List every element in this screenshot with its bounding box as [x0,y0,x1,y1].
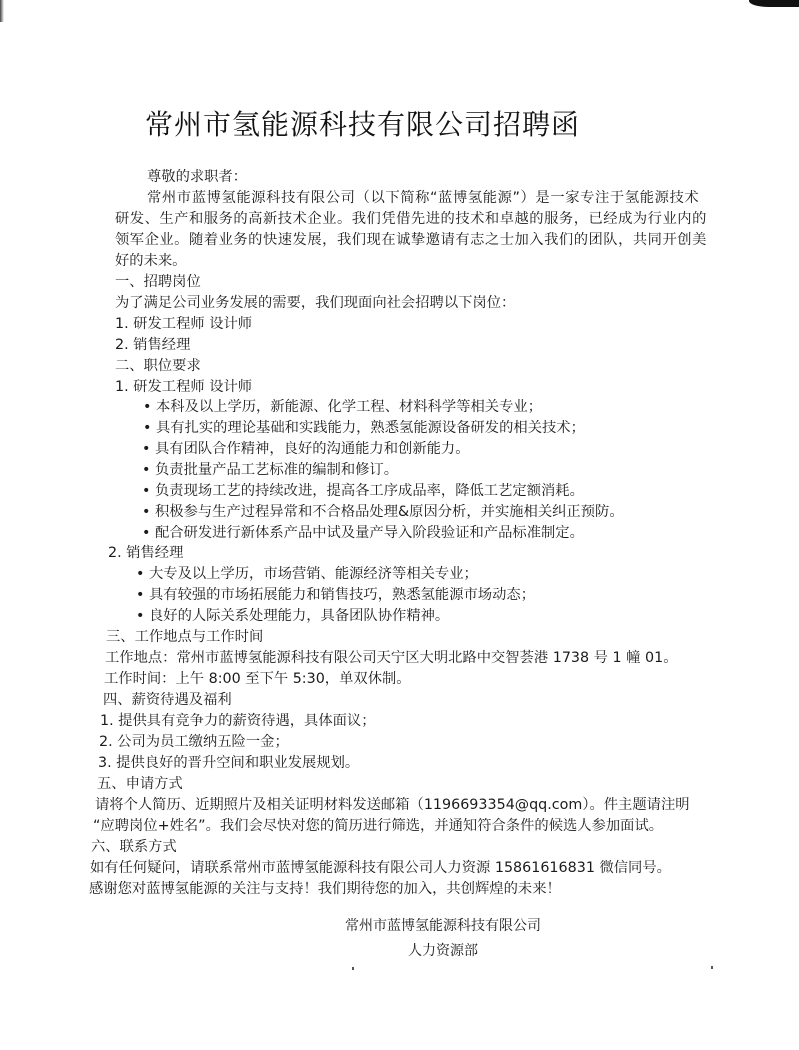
requirement-item: • 大专及以上学历，市场营销、能源经济等相关专业； [136,565,478,583]
work-hours: 工作时间：上午 8:00 至下午 5:30，单双休制。 [104,670,411,688]
section1-text: 为了满足公司业务发展的需要，我们现面向社会招聘以下岗位： [115,294,515,312]
requirement-item: • 具有团队合作精神，良好的沟通能力和创新能力。 [142,440,470,458]
closing-line: 感谢您对蓝博氢能源的关注与支持！我们期待您的加入，共创辉煌的未来！ [89,880,561,898]
scan-speck [711,966,713,969]
intro-line-2: 研发、生产和服务的高新技术企业。我们凭借先进的技术和卓越的服务，已经成为行业内的 [115,210,707,228]
position-item: 1. 研发工程师 设计师 [115,315,252,333]
intro-line-3: 领军企业。随着业务的快速发展，我们现在诚挚邀请有志之士加入我们的团队，共同开创美 [115,231,707,249]
intro-line-1: 常州市蓝博氢能源科技有限公司（以下简称“蓝博氢能源”）是一家专注于氢能源技术 [147,189,699,207]
section3-heading: 三、工作地点与工作时间 [106,628,263,646]
role2-title: 2. 销售经理 [108,544,183,562]
benefit-item: 2. 公司为员工缴纳五险一金； [99,733,289,751]
signature-department: 人力资源部 [408,940,478,960]
scan-corner-shadow [749,0,799,7]
requirement-item: • 积极参与生产过程异常和不合格品处理&原因分析，并实施相关纠正预防。 [142,503,624,521]
application-line-2: “应聘岗位+姓名”。我们会尽快对您的简历进行筛选，并通知符合条件的候选人参加面试… [93,817,663,835]
section1-heading: 一、招聘岗位 [115,273,201,291]
section2-heading: 二、职位要求 [115,357,201,375]
scan-speck [352,967,354,970]
contact-line: 如有任何疑问，请联系常州市蓝博氢能源科技有限公司人力资源 15861616831… [90,859,671,877]
requirement-item: • 负责批量产品工艺标准的编制和修订。 [142,461,398,479]
greeting: 尊敬的求职者： [147,168,247,186]
signature-company: 常州市蓝博氢能源科技有限公司 [345,915,541,935]
requirement-item: • 本科及以上学历，新能源、化学工程、材料科学等相关专业； [143,398,542,416]
benefit-item: 3. 提供良好的晋升空间和职业发展规划。 [98,754,359,772]
section5-heading: 五、申请方式 [97,775,183,793]
requirement-item: • 具有扎实的理论基础和实践能力，熟悉氢能源设备研发的相关技术； [143,419,585,437]
benefit-item: 1. 提供具有竞争力的薪资待遇，具体面议； [100,712,376,730]
section4-heading: 四、薪资待遇及福利 [103,691,232,709]
document-title: 常州市氢能源科技有限公司招聘函 [145,103,580,143]
role1-title: 1. 研发工程师 设计师 [115,378,252,396]
scan-edge-shadow [0,0,4,22]
work-location: 工作地点：常州市蓝博氢能源科技有限公司天宁区大明北路中交智荟港 1738 号 1… [105,649,678,667]
position-item: 2. 销售经理 [115,336,190,354]
application-line-1: 请将个人简历、近期照片及相关证明材料发送邮箱（1196693354@qq.com… [95,796,690,814]
requirement-item: • 负责现场工艺的持续改进，提高各工序成品率，降低工艺定额消耗。 [142,482,584,500]
requirement-item: • 具有较强的市场拓展能力和销售技巧，熟悉氢能源市场动态； [136,586,535,604]
section6-heading: 六、联系方式 [91,838,177,856]
requirement-item: • 配合研发进行新体系产品中试及量产导入阶段验证和产品标准制定。 [142,524,584,542]
requirement-item: • 良好的人际关系处理能力，具备团队协作精神。 [136,607,449,625]
intro-line-4: 好的未来。 [115,252,186,270]
